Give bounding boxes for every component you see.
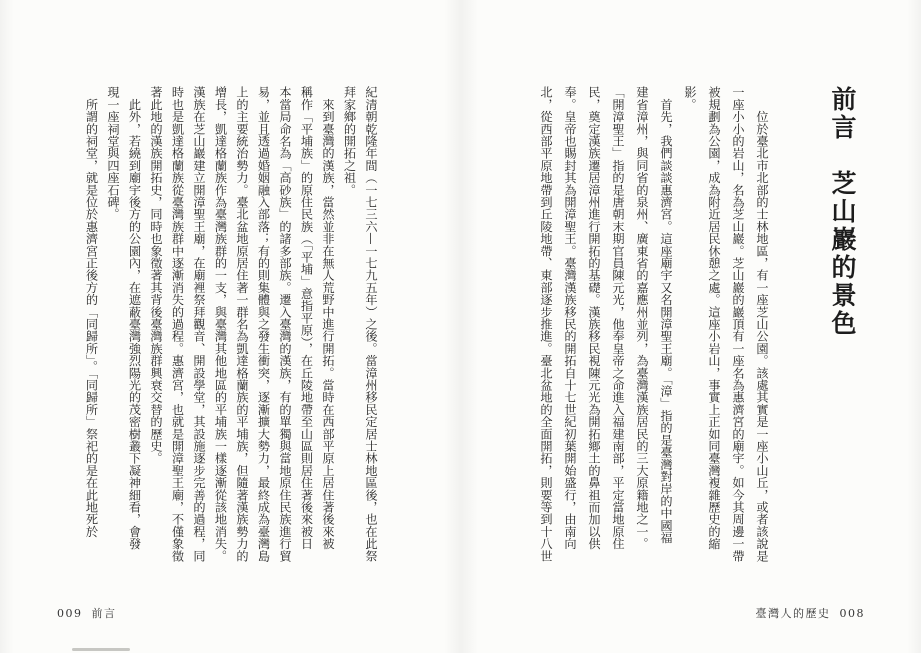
right-page-text: 前言 芝山巖的景色 位於臺北市北部的士林地區，有一座芝山公園。該處其實是一座小山… bbox=[534, 86, 860, 568]
chapter-title: 前言 芝山巖的景色 bbox=[824, 86, 860, 568]
text-column: 著此地的漢族開拓史，同時也象徵著其背後臺灣族群興衰交替的歷史。 bbox=[145, 86, 167, 568]
text-column: 漢族在芝山巖建立開漳聖王廟，在廟裡祭拜觀音、開設學堂，其設施逐步完善的過程，同 bbox=[188, 86, 210, 568]
left-page-footer: 009前言 bbox=[57, 605, 117, 621]
scan-artifact bbox=[72, 648, 130, 651]
text-column: 稱作「平埔族」的原住民族（「平埔」意指平原），在丘陵地帶至山區則居住著後來被日 bbox=[295, 86, 317, 568]
text-column: 增長，凱達格蘭族作為臺灣族群的一支，與臺灣其他地區的平埔族一樣逐漸從該地消失。 bbox=[209, 86, 231, 568]
right-page-edge bbox=[907, 0, 921, 653]
text-column: 「開漳聖王」指的是唐朝末期官員陳元光，他奉皇帝之命進入福建南部，平定當地原住 bbox=[606, 86, 630, 568]
text-column: 民，奠定漢族遷居漳州進行開拓的基礎。漢族移民視陳元光為開拓鄉土的鼻祖而加以供 bbox=[582, 86, 606, 568]
text-column: 此外，若繞到廟宇後方的公園內，在遮蔽臺灣強烈陽光的茂密樹叢下凝神細看，會發 bbox=[123, 86, 145, 568]
text-column: 首先，我們談談惠濟宮。這座廟宇又名開漳聖王廟。「漳」指的是臺灣對岸的中國福 bbox=[654, 86, 678, 568]
chapter-name-footer: 前言 bbox=[92, 607, 117, 620]
right-page-footer: 臺灣人的歷史008 bbox=[756, 605, 866, 621]
text-column: 易，並且透過婚姻融入部落；有的則集體與之發生衝突，逐漸擴大勢力，最終成為臺灣島 bbox=[252, 86, 274, 568]
text-column: 一座小小的岩山，名為芝山巖。芝山巖的巖頂有一座名為惠濟宮的廟宇。如今其周邊一帶 bbox=[726, 86, 750, 568]
text-column: 拜家鄉的開拓之祖。 bbox=[338, 86, 360, 568]
text-column: 來到臺灣的漢族，當然並非在無人荒野中進行開拓。當時在西部平原上居住著後來被 bbox=[317, 86, 339, 568]
text-column: 上的主要統治勢力。臺北盆地原居住著一群名為凱達格蘭族的平埔族，但隨著漢族勢力的 bbox=[231, 86, 253, 568]
text-column: 位於臺北市北部的士林地區，有一座芝山公園。該處其實是一座小山丘，或者該說是 bbox=[750, 86, 774, 568]
text-column: 建省漳州，與同省的泉州、廣東省的嘉應州並列，為臺灣漢族居民的三大原籍地之一。 bbox=[630, 86, 654, 568]
text-column: 奉。皇帝也賜封其為開漳聖王。臺灣漢族移民的開拓自十七世紀初葉開始盛行，由南向 bbox=[558, 86, 582, 568]
book-title-footer: 臺灣人的歷史 bbox=[756, 607, 831, 620]
book-spread: 前言 芝山巖的景色 位於臺北市北部的士林地區，有一座芝山公園。該處其實是一座小山… bbox=[0, 0, 921, 653]
page-gutter bbox=[444, 0, 478, 653]
left-page-edge bbox=[0, 0, 14, 653]
text-column: 現一座祠堂與四座石碑。 bbox=[102, 86, 124, 568]
text-column: 所謂的祠堂，就是位於惠濟宮正後方的「同歸所」。「同歸所」祭祀的是在此地死於 bbox=[80, 86, 102, 568]
text-column: 時也是凱達格蘭族從臺灣族群中逐漸消失的過程。惠濟宮，也就是開漳聖王廟，不僅象徵 bbox=[166, 86, 188, 568]
right-page-number: 008 bbox=[840, 607, 866, 620]
text-column: 北，從西部平原地帶到丘陵地帶、東部逐步推進。臺北盆地的全面開拓，則要等到十八世 bbox=[534, 86, 558, 568]
left-page-number: 009 bbox=[57, 607, 83, 620]
text-column: 影。 bbox=[678, 86, 702, 568]
text-column: 紀清朝乾隆年間（一七三六—一七九五年）之後。當漳州移民定居士林地區後，也在此祭 bbox=[360, 86, 382, 568]
text-column: 本當局命名為「高砂族」的諸多部族。遷入臺灣的漢族，有的單獨與當地原住民族進行貿 bbox=[274, 86, 296, 568]
left-page-text: 紀清朝乾隆年間（一七三六—一七九五年）之後。當漳州移民定居士林地區後，也在此祭 … bbox=[80, 86, 381, 568]
text-column: 被規劃為公園，成為附近居民休憩之處。這座小岩山，事實上正如同臺灣複雜歷史的縮 bbox=[702, 86, 726, 568]
